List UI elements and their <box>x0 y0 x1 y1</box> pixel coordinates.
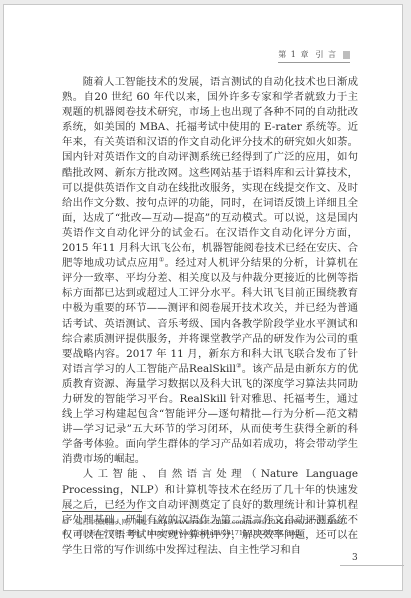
paragraph-2: 人工智能、自然语言处理（Nature Language Processing，N… <box>62 467 358 558</box>
footnote-2: ② 出自新东方官网，网址：http://www.xdf.cn/info/2017… <box>62 528 362 539</box>
footnote-text: 出自中国机器人网，网址：http://www.robot-china.com/n… <box>76 517 349 528</box>
footnotes: ① 出自中国机器人网，网址：http://www.robot-china.com… <box>62 517 362 539</box>
body-text: 随着人工智能技术的发展，语言测试的自动化技术也日渐成熟。自20 世纪 60 年代… <box>62 75 358 558</box>
document-page: 第 1 章 引 言 随着人工智能技术的发展，语言测试的自动化技术也日渐成熟。自2… <box>3 4 403 591</box>
footnote-divider <box>62 511 142 512</box>
paragraph-1: 随着人工智能技术的发展，语言测试的自动化技术也日渐成熟。自20 世纪 60 年代… <box>62 75 358 467</box>
running-header: 第 1 章 引 言 <box>278 49 350 63</box>
footnote-text: 出自新东方官网，网址：http://www.xdf.cn/info/201711… <box>76 528 306 539</box>
page-number: 3 <box>340 553 404 566</box>
footnote-1: ① 出自中国机器人网，网址：http://www.robot-china.com… <box>62 517 362 528</box>
footnote-marker: ② <box>62 528 68 539</box>
chapter-title: 引 言 <box>315 49 337 60</box>
footnote-marker: ① <box>62 517 68 528</box>
chapter-number: 第 1 章 <box>278 49 309 60</box>
header-marker-block <box>343 51 350 59</box>
